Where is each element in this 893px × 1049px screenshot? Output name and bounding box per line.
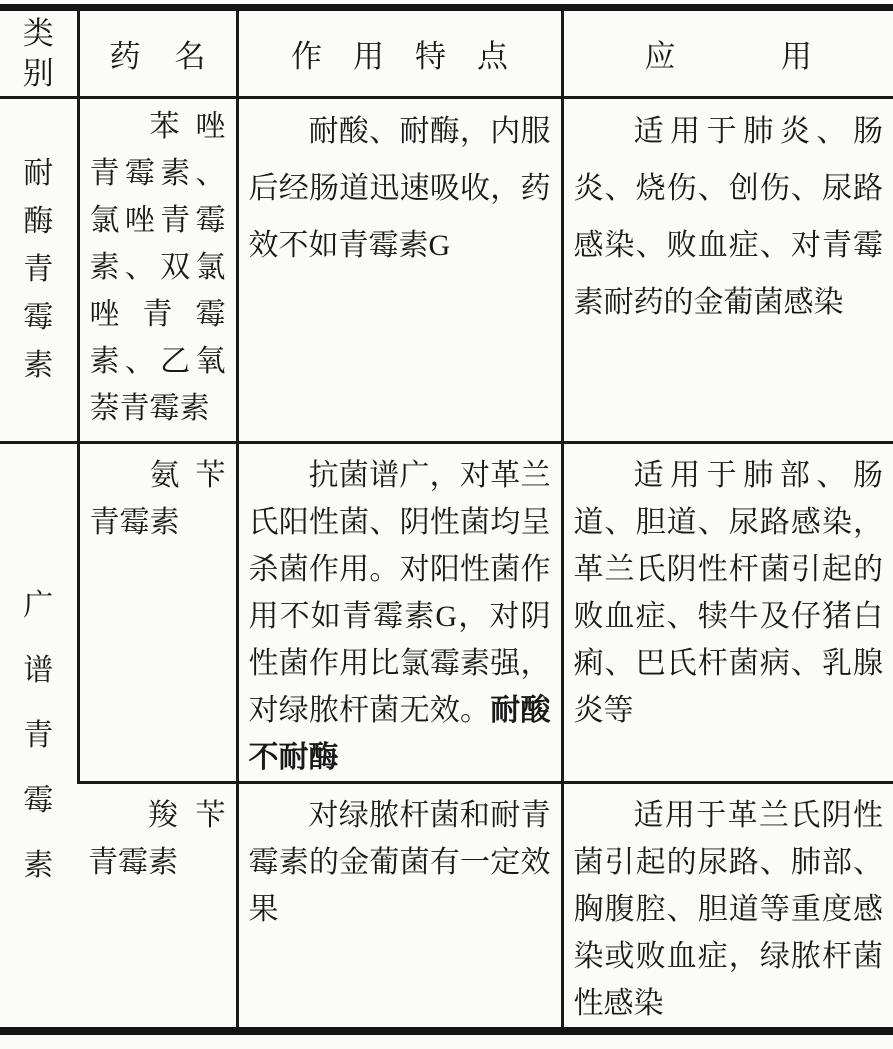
header-application: 应用 (562, 8, 893, 98)
header-action-label: 作用特点 (291, 39, 539, 74)
table-row-broad-spectrum-carbenicillin: 羧苄青霉素 对绿脓杆菌和耐青霉素的金葡菌有一定效果 适用于革兰氏阴性菌引起的尿路… (0, 783, 893, 1032)
drug-names-text: 氨苄青霉素 (80, 444, 236, 546)
header-category-label: 类 别 (23, 14, 54, 94)
drug-names-cell: 氨苄青霉素 (78, 443, 237, 783)
action-text: 对绿脓杆菌和耐青霉素的金葡菌有一定效果 (239, 784, 561, 933)
antibiotics-table: 类 别 药名 作用特点 应用 耐酶青霉素 苯唑青霉素、氯唑青霉素、双氯唑青霉素、… (0, 4, 893, 1035)
action-cell: 对绿脓杆菌和耐青霉素的金葡菌有一定效果 (237, 783, 562, 1032)
drug-names-cell: 苯唑青霉素、氯唑青霉素、双氯唑青霉素、乙氧萘青霉素 (78, 98, 237, 443)
scanned-page: 类 别 药名 作用特点 应用 耐酶青霉素 苯唑青霉素、氯唑青霉素、双氯唑青霉素、… (0, 0, 893, 1049)
header-drug: 药名 (78, 8, 237, 98)
header-drug-label: 药名 (109, 39, 239, 74)
application-cell: 适用于革兰氏阴性菌引起的尿路、肺部、胸腹腔、胆道等重度感染或败血症，绿脓杆菌性感… (562, 783, 893, 1032)
category-label: 广谱青霉素 (20, 573, 56, 898)
action-cell: 耐酸、耐酶，内服后经肠道迅速吸收，药效不如青霉素G (237, 98, 562, 443)
application-text: 适用于肺部、肠道、胆道、尿路感染，革兰氏阴性杆菌引起的败血症、犊牛及仔猪白痢、巴… (564, 444, 893, 734)
application-text: 适用于肺炎、肠炎、烧伤、创伤、尿路感染、败血症、对青霉素耐药的金葡菌感染 (564, 99, 893, 331)
application-cell: 适用于肺部、肠道、胆道、尿路感染，革兰氏阴性杆菌引起的败血症、犊牛及仔猪白痢、巴… (562, 443, 893, 783)
header-application-label: 应用 (645, 39, 893, 74)
action-text: 耐酸、耐酶，内服后经肠道迅速吸收，药效不如青霉素G (239, 99, 561, 274)
drug-names-cell: 羧苄青霉素 (78, 783, 237, 1032)
header-category: 类 别 (0, 8, 78, 98)
application-text: 适用于革兰氏阴性菌引起的尿路、肺部、胸腹腔、胆道等重度感染或败血症，绿脓杆菌性感… (564, 784, 893, 1027)
category-cell-enzyme-resistant: 耐酶青霉素 (0, 98, 78, 443)
table-row-enzyme-resistant: 耐酶青霉素 苯唑青霉素、氯唑青霉素、双氯唑青霉素、乙氧萘青霉素 耐酸、耐酶，内服… (0, 98, 893, 443)
header-row: 类 别 药名 作用特点 应用 (0, 8, 893, 98)
header-action: 作用特点 (237, 8, 562, 98)
drug-names-text: 羧苄青霉素 (78, 784, 236, 886)
category-cell-broad-spectrum: 广谱青霉素 (0, 443, 78, 1032)
drug-names-text: 苯唑青霉素、氯唑青霉素、双氯唑青霉素、乙氧萘青霉素 (80, 99, 236, 432)
action-text: 抗菌谱广，对革兰氏阳性菌、阴性菌均呈杀菌作用。对阳性菌作用不如青霉素G，对阴性菌… (239, 444, 561, 781)
action-text-main: 抗菌谱广，对革兰氏阳性菌、阴性菌均呈杀菌作用。对阳性菌作用不如青霉素G，对阴性菌… (249, 459, 551, 727)
application-cell: 适用于肺炎、肠炎、烧伤、创伤、尿路感染、败血症、对青霉素耐药的金葡菌感染 (562, 98, 893, 443)
action-cell: 抗菌谱广，对革兰氏阳性菌、阴性菌均呈杀菌作用。对阳性菌作用不如青霉素G，对阴性菌… (237, 443, 562, 783)
category-label: 耐酶青霉素 (20, 150, 56, 390)
table-row-broad-spectrum-ampicillin: 广谱青霉素 氨苄青霉素 抗菌谱广，对革兰氏阳性菌、阴性菌均呈杀菌作用。对阳性菌作… (0, 443, 893, 783)
